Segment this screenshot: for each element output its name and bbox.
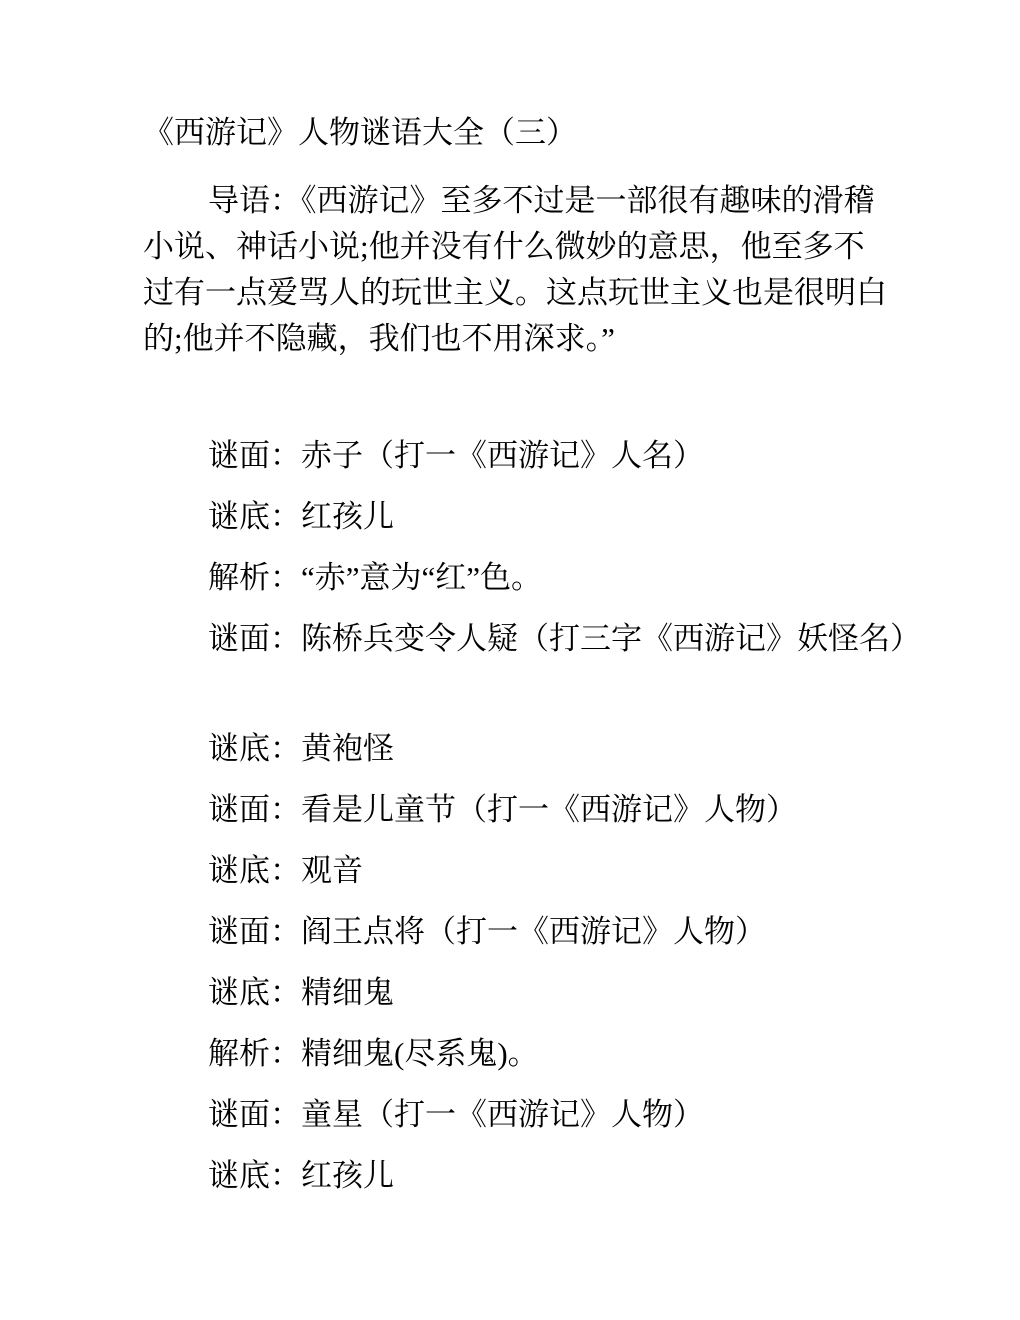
intro-paragraph: 导语：《西游记》至多不过是一部很有趣味的滑稽 小说、神话小说;他并没有什么微妙的… — [143, 178, 890, 362]
riddle-answer-line: 谜底：红孩儿 — [143, 1153, 890, 1199]
riddle-clue-line: 谜面：阎王点将（打一《西游记》人物） — [143, 909, 890, 955]
riddle-answer-line: 谜底：红孩儿 — [143, 494, 890, 540]
intro-line-1: 导语：《西游记》至多不过是一部很有趣味的滑稽 — [143, 178, 890, 224]
intro-line-4: 的;他并不隐藏，我们也不用深求。” — [143, 316, 890, 362]
riddle-clue-line: 谜面：陈桥兵变令人疑（打三字《西游记》妖怪名） — [143, 616, 890, 662]
riddle-answer-line: 谜底：精细鬼 — [143, 970, 890, 1016]
riddle-answer-line: 谜底：观音 — [143, 848, 890, 894]
riddle-answer-line: 谜底：黄袍怪 — [143, 726, 890, 772]
riddle-analysis-line: 解析：“赤”意为“红”色。 — [143, 555, 890, 601]
riddle-clue-line: 谜面：童星（打一《西游记》人物） — [143, 1092, 890, 1138]
document-title: 《西游记》人物谜语大全（三） — [143, 110, 890, 156]
riddle-list: 谜面：赤子（打一《西游记》人名） 谜底：红孩儿 解析：“赤”意为“红”色。 谜面… — [143, 433, 890, 1199]
riddle-clue-line: 谜面：看是儿童节（打一《西游记》人物） — [143, 787, 890, 833]
document-page: 《西游记》人物谜语大全（三） 导语：《西游记》至多不过是一部很有趣味的滑稽 小说… — [0, 0, 1020, 1320]
intro-line-3: 过有一点爱骂人的玩世主义。这点玩世主义也是很明白 — [143, 270, 890, 316]
intro-line-2: 小说、神话小说;他并没有什么微妙的意思，他至多不 — [143, 224, 890, 270]
riddle-clue-line: 谜面：赤子（打一《西游记》人名） — [143, 433, 890, 479]
riddle-analysis-line: 解析：精细鬼(尽系鬼)。 — [143, 1031, 890, 1077]
